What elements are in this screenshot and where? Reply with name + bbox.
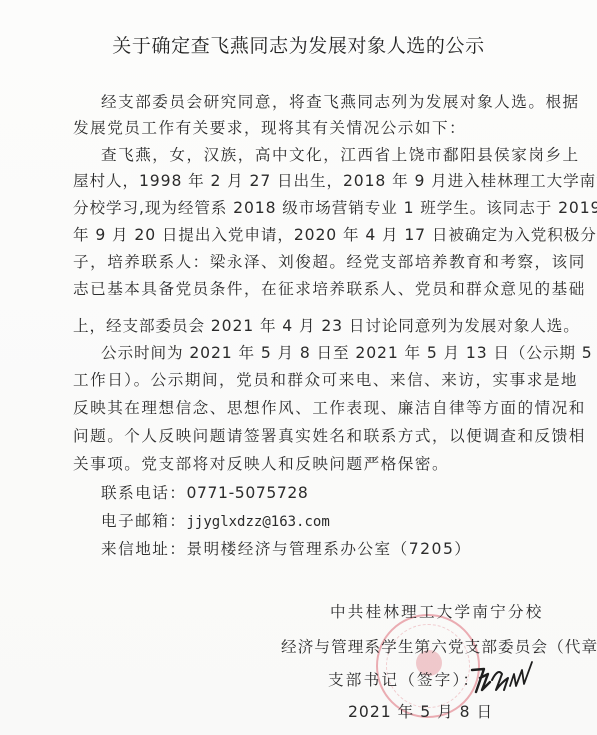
- body-line: 分校学习,现为经管系 2018 级市场营销专业 1 班学生。该同志于 2019: [73, 197, 518, 219]
- email-value: jjyglxdzz@163.com: [186, 514, 329, 530]
- body-line: 年 9 月 20 日提出入党申请，2020 年 4 月 17 日被确定为入党积极…: [73, 224, 518, 246]
- handwritten-signature: [468, 660, 534, 700]
- secretary-label: 支部书记（签字）：: [328, 669, 480, 691]
- contact-email: 电子邮箱：jjyglxdzz@163.com: [101, 510, 546, 532]
- document-page: 关于确定查飞燕同志为发展对象人选的公示 经支部委员会研究同意，将查飞燕同志列为发…: [0, 0, 597, 735]
- email-label: 电子邮箱：: [101, 512, 186, 530]
- body-line: 上，经支部委员会 2021 年 4 月 23 日讨论同意列为发展对象人选。: [73, 315, 518, 337]
- body-line: 经支部委员会研究同意，将查飞燕同志列为发展对象人选。根据: [101, 91, 546, 113]
- contact-phone: 联系电话：0771-5075728: [101, 482, 546, 504]
- signature-org: 中共桂林理工大学南宁分校: [330, 601, 544, 623]
- signature-committee: 经济与管理系学生第六党支部委员会（代章）: [281, 636, 597, 658]
- phone-label: 联系电话：: [101, 484, 186, 502]
- body-line: 志已基本具备党员条件，在征求培养联系人、党员和群众意见的基础: [73, 278, 518, 300]
- address-value: 景明楼经济与管理系办公室（7205）: [186, 540, 471, 558]
- body-line: 问题。个人反映问题请签署真实姓名和联系方式，以便调查和反馈相: [73, 425, 518, 447]
- body-line: 子，培养联系人：梁永泽、刘俊超。经党支部培养教育和考察，该同: [73, 251, 518, 273]
- signature-date: 2021 年 5 月 8 日: [348, 701, 493, 723]
- contact-address: 来信地址：景明楼经济与管理系办公室（7205）: [101, 538, 546, 560]
- body-line: 公示时间为 2021 年 5 月 8 日至 2021 年 5 月 13 日（公示…: [101, 342, 546, 364]
- body-line: 查飞燕，女，汉族，高中文化，江西省上饶市鄱阳县侯家岗乡上: [101, 144, 546, 166]
- document-title: 关于确定查飞燕同志为发展对象人选的公示: [0, 31, 597, 58]
- body-line: 屋村人，1998 年 2 月 27 日出生，2018 年 9 月进入桂林理工大学…: [73, 170, 518, 192]
- body-line: 发展党员工作有关要求，现将其有关情况公示如下：: [73, 117, 518, 139]
- phone-value: 0771-5075728: [186, 484, 308, 502]
- body-line: 关事项。党支部将对反映人和反映问题严格保密。: [73, 453, 518, 475]
- address-label: 来信地址：: [101, 540, 186, 558]
- body-line: 反映其在理想信念、思想作风、工作表现、廉洁自律等方面的情况和: [73, 397, 518, 419]
- body-line: 工作日）。公示期间，党员和群众可来电、来信、来访，实事求是地: [73, 369, 518, 391]
